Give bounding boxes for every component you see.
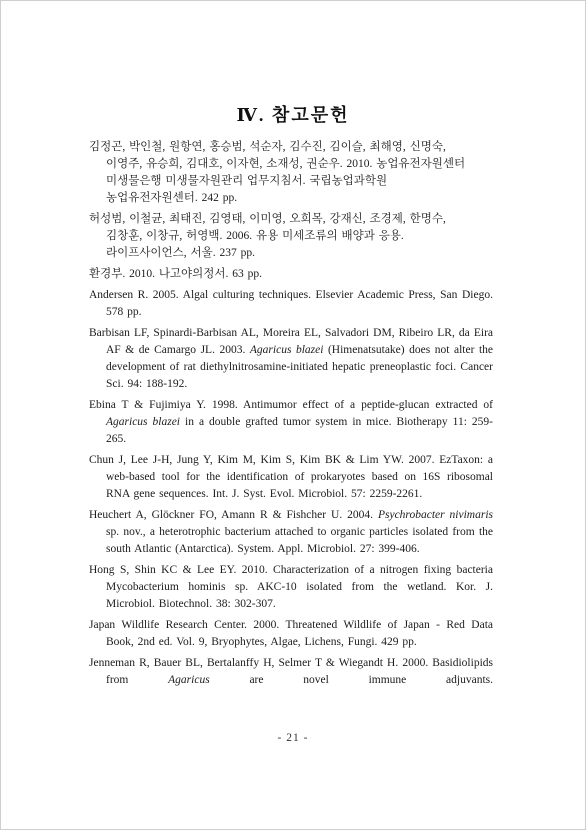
reference-text: 농업유전자원센터. 242 pp. xyxy=(106,192,237,204)
species-name-italic: Psychrobacter nivimaris xyxy=(378,509,493,521)
reference-text: 허성범, 이철균, 최태진, 김영태, 이미영, 오희목, 강재신, 조경제, … xyxy=(89,213,446,225)
reference-text: Heuchert A, Glöckner FO, Amann R & Fishc… xyxy=(89,509,378,521)
reference-list: 김정곤, 박인철, 원항연, 홍승범, 석순자, 김수진, 김이슬, 최해영, … xyxy=(89,139,493,689)
reference-entry: 김정곤, 박인철, 원항연, 홍승범, 석순자, 김수진, 김이슬, 최해영, … xyxy=(89,139,493,207)
reference-entry: Andersen R. 2005. Algal culturing techni… xyxy=(89,287,493,321)
reference-text: are novel immune adjuvants. xyxy=(210,674,493,686)
reference-text: Ebina T & Fujimiya Y. 1998. Antimumor ef… xyxy=(89,399,493,411)
reference-text: Japan Wildlife Research Center. 2000. Th… xyxy=(89,619,493,648)
reference-entry: 환경부. 2010. 나고야의정서. 63 pp. xyxy=(89,266,493,283)
reference-entry: Barbisan LF, Spinardi-Barbisan AL, Morei… xyxy=(89,325,493,393)
reference-text: 이영주, 유승희, 김대호, 이자현, 소재성, 권순우. 2010. 농업유전… xyxy=(106,158,465,170)
reference-text: 라이프사이언스, 서울. 237 pp. xyxy=(106,247,255,259)
reference-entry: Hong S, Shin KC & Lee EY. 2010. Characte… xyxy=(89,562,493,613)
reference-text: sp. nov., a heterotrophic bacterium atta… xyxy=(106,526,493,555)
reference-text: Hong S, Shin KC & Lee EY. 2010. Characte… xyxy=(89,564,493,610)
reference-text: 미생물은행 미생물자원관리 업무지침서. 국립농업과학원 xyxy=(106,175,387,187)
reference-text: Andersen R. 2005. Algal culturing techni… xyxy=(89,289,493,318)
reference-entry: 허성범, 이철균, 최태진, 김영태, 이미영, 오희목, 강재신, 조경제, … xyxy=(89,211,493,262)
reference-text: 환경부. 2010. 나고야의정서. 63 pp. xyxy=(89,268,262,280)
reference-text: 김정곤, 박인철, 원항연, 홍승범, 석순자, 김수진, 김이슬, 최해영, … xyxy=(89,141,446,153)
reference-text: Chun J, Lee J-H, Jung Y, Kim M, Kim S, K… xyxy=(89,454,493,500)
species-name-italic: Agaricus xyxy=(168,674,210,686)
reference-entry: Chun J, Lee J-H, Jung Y, Kim M, Kim S, K… xyxy=(89,452,493,503)
reference-entry: Heuchert A, Glöckner FO, Amann R & Fishc… xyxy=(89,507,493,558)
species-name-italic: Agaricus blazei xyxy=(106,416,180,428)
species-name-italic: Agaricus blazei xyxy=(250,344,324,356)
page-title: Ⅳ. 참고문헌 xyxy=(1,1,585,126)
reference-entry: Japan Wildlife Research Center. 2000. Th… xyxy=(89,617,493,651)
reference-text: 김창훈, 이창규, 허영백. 2006. 유용 미세조류의 배양과 응용. xyxy=(106,230,404,242)
page-number: - 21 - xyxy=(1,732,585,744)
reference-entry: Ebina T & Fujimiya Y. 1998. Antimumor ef… xyxy=(89,397,493,448)
reference-entry: Jenneman R, Bauer BL, Bertalanffy H, Sel… xyxy=(89,655,493,689)
document-page: Ⅳ. 참고문헌 김정곤, 박인철, 원항연, 홍승범, 석순자, 김수진, 김이… xyxy=(0,0,586,830)
